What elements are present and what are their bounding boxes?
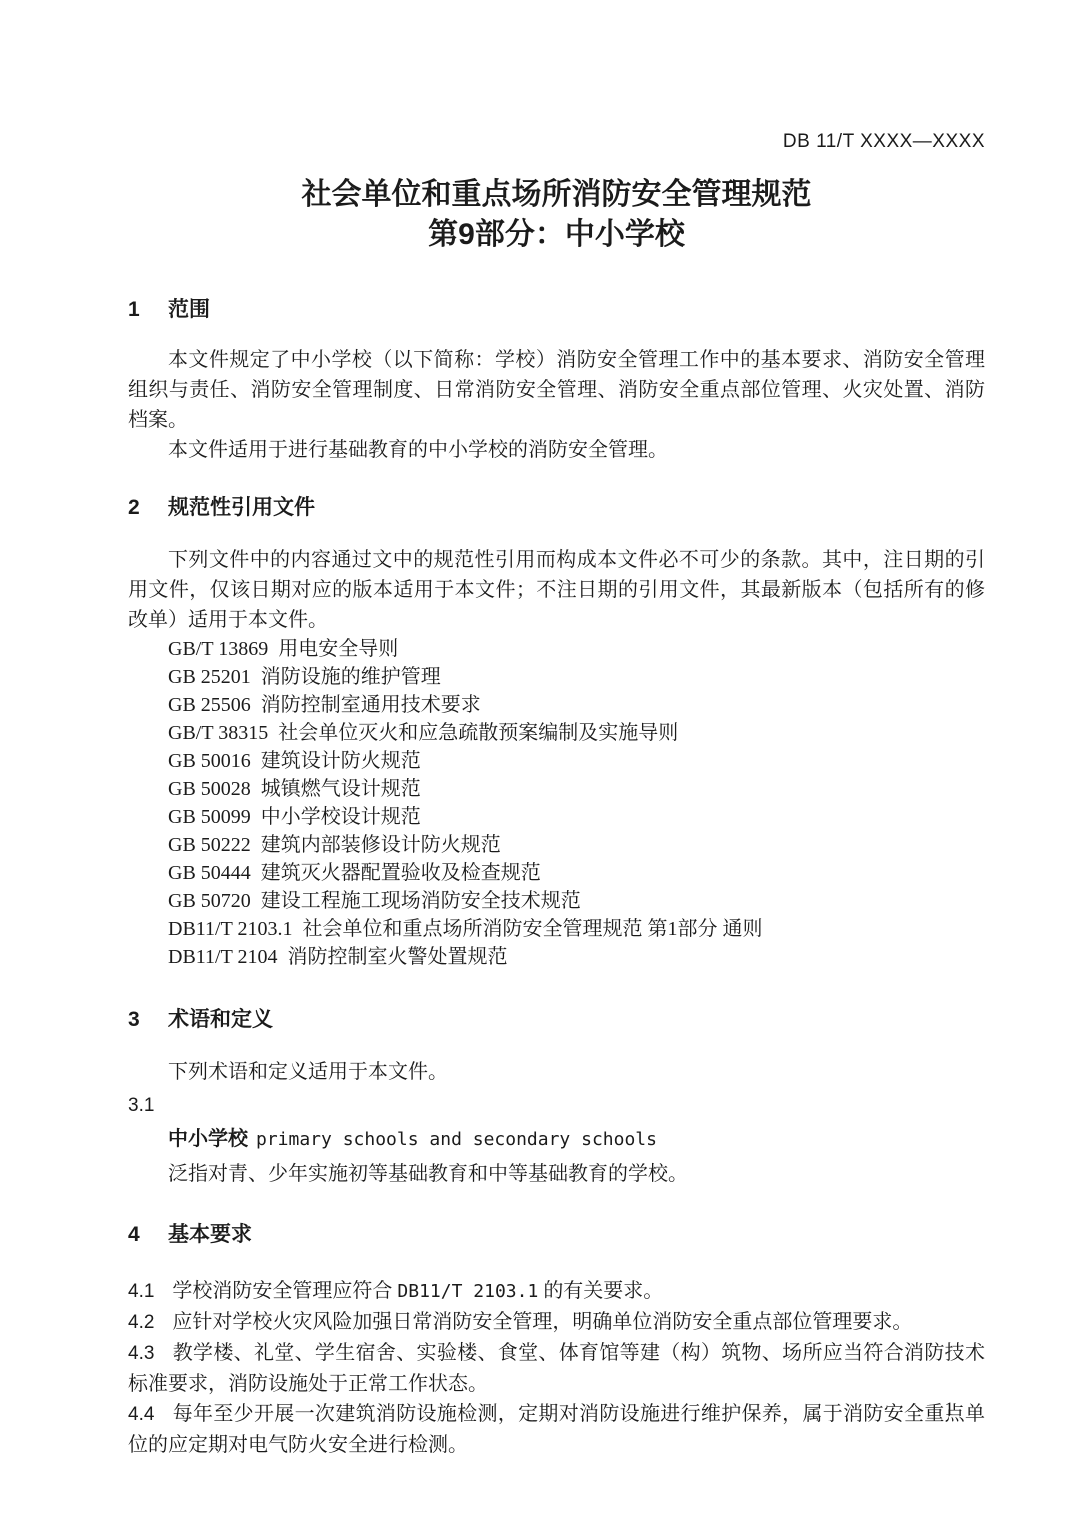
clause-4-4-number: 4.4 <box>128 1404 154 1425</box>
clause-4-1-number: 4.1 <box>128 1281 154 1302</box>
clause-4-2: 4.2应针对学校火灾风险加强日常消防安全管理，明确单位消防安全重点部位管理要求。 <box>128 1307 985 1338</box>
document-content: DB 11/T XXXX—XXXX 社会单位和重点场所消防安全管理规范 第9部分… <box>128 0 985 1460</box>
term-number: 3.1 <box>128 1092 985 1120</box>
section-4-number: 4 <box>128 1222 168 1248</box>
document-title-line1: 社会单位和重点场所消防安全管理规范 <box>128 175 985 215</box>
section-3-heading: 3术语和定义 <box>128 1007 985 1033</box>
reference-item: GB 50444 建筑灭火器配置验收及检查规范 <box>128 859 985 887</box>
document-page: DB 11/T XXXX—XXXX 社会单位和重点场所消防安全管理规范 第9部分… <box>0 0 1080 1527</box>
clause-4-2-number: 4.2 <box>128 1312 154 1333</box>
normative-references-list: GB/T 13869 用电安全导则 GB 25201 消防设施的维护管理 GB … <box>128 635 985 971</box>
clause-4-1-text-post: 的有关要求。 <box>538 1280 663 1302</box>
reference-item: GB 25506 消防控制室通用技术要求 <box>128 691 985 719</box>
term-chinese: 中小学校 <box>168 1128 248 1150</box>
clause-4-1: 4.1学校消防安全管理应符合 DB11/T 2103.1 的有关要求。 <box>128 1276 985 1307</box>
reference-item: GB/T 38315 社会单位灭火和应急疏散预案编制及实施导则 <box>128 719 985 747</box>
reference-item: DB11/T 2104 消防控制室火警处置规范 <box>128 943 985 971</box>
reference-item: DB11/T 2103.1 社会单位和重点场所消防安全管理规范 第1部分 通则 <box>128 915 985 943</box>
reference-item: GB 25201 消防设施的维护管理 <box>128 663 985 691</box>
clause-4-3-number: 4.3 <box>128 1343 154 1364</box>
section-4-heading: 4基本要求 <box>128 1222 985 1248</box>
reference-item: GB 50720 建设工程施工现场消防安全技术规范 <box>128 887 985 915</box>
clause-4-1-text-pre: 学校消防安全管理应符合 <box>172 1280 397 1302</box>
section-4-title: 基本要求 <box>168 1223 252 1246</box>
section-3-number: 3 <box>128 1007 168 1033</box>
clause-4-3: 4.3教学楼、礼堂、学生宿舍、实验楼、食堂、体育馆等建（构）筑物、场所应当符合消… <box>128 1338 985 1399</box>
section-2-number: 2 <box>128 495 168 521</box>
term-definition: 泛指对青、少年实施初等基础教育和中等基础教育的学校。 <box>128 1160 985 1188</box>
reference-item: GB 50028 城镇燃气设计规范 <box>128 775 985 803</box>
clause-4-3-text: 教学楼、礼堂、学生宿舍、实验楼、食堂、体育馆等建（构）筑物、场所应当符合消防技术… <box>128 1342 985 1395</box>
section-2-heading: 2规范性引用文件 <box>128 495 985 521</box>
term-line: 中小学校primary schools and secondary school… <box>128 1125 985 1155</box>
standard-code-header: DB 11/T XXXX—XXXX <box>128 0 985 153</box>
reference-item: GB 50016 建筑设计防火规范 <box>128 747 985 775</box>
clause-4-4-text: 每年至少开展一次建筑消防设施检测，定期对消防设施进行维护保养，属于消防安全重点单… <box>128 1403 985 1456</box>
document-title-line2: 第9部分：中小学校 <box>128 215 985 255</box>
reference-item: GB/T 13869 用电安全导则 <box>128 635 985 663</box>
clause-4-1-standard-code: DB11/T 2103.1 <box>397 1281 538 1302</box>
terms-intro-paragraph: 下列术语和定义适用于本文件。 <box>128 1057 985 1087</box>
reference-item: GB 50222 建筑内部装修设计防火规范 <box>128 831 985 859</box>
section-1-number: 1 <box>128 297 168 323</box>
reference-item: GB 50099 中小学校设计规范 <box>128 803 985 831</box>
clause-4-4: 4.4每年至少开展一次建筑消防设施检测，定期对消防设施进行维护保养，属于消防安全… <box>128 1399 985 1460</box>
references-intro-paragraph: 下列文件中的内容通过文中的规范性引用而构成本文件必不可少的条款。其中，注日期的引… <box>128 545 985 635</box>
clause-4-2-text: 应针对学校火灾风险加强日常消防安全管理，明确单位消防安全重点部位管理要求。 <box>172 1311 912 1333</box>
section-1-title: 范围 <box>168 298 210 321</box>
page-number: 1 <box>945 1398 955 1422</box>
section-1-heading: 1范围 <box>128 297 985 323</box>
scope-paragraph-1: 本文件规定了中小学校（以下简称：学校）消防安全管理工作中的基本要求、消防安全管理… <box>128 345 985 435</box>
scope-paragraph-2: 本文件适用于进行基础教育的中小学校的消防安全管理。 <box>128 435 985 465</box>
term-english: primary schools and secondary schools <box>256 1129 657 1150</box>
section-3-title: 术语和定义 <box>168 1008 273 1031</box>
section-2-title: 规范性引用文件 <box>168 496 315 519</box>
